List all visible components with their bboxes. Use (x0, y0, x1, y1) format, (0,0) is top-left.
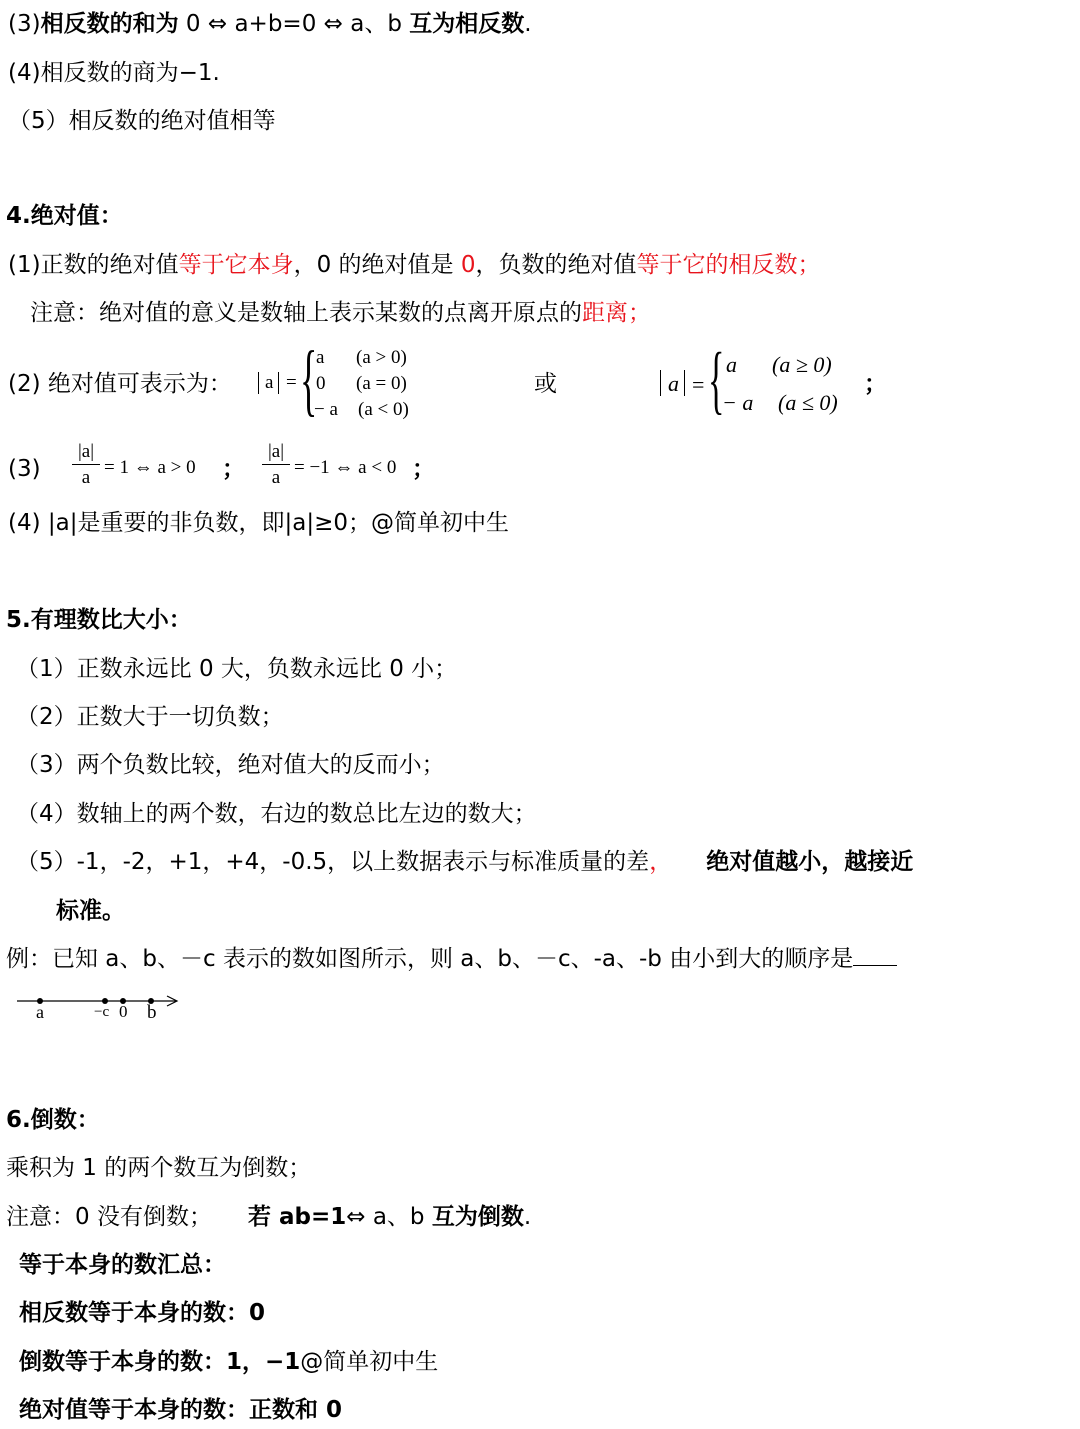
summary-heading: 等于本身的数汇总： (19, 1250, 226, 1280)
compare-item-2: （2）正数大于一切负数； (16, 702, 284, 732)
highlight-comma: ， (649, 849, 672, 875)
opposite-item-3: (3)相反数的和为 0 ⇔ a+b=0 ⇔ a、b 互为相反数. (8, 9, 532, 39)
summary-label: 倒数等于本身的数： (19, 1349, 226, 1375)
compare-item-4: （4）数轴上的两个数，右边的数总比左边的数大； (16, 799, 537, 829)
label-b: b (147, 1002, 157, 1024)
equals-sign: = (286, 372, 297, 394)
expression-text: = −1 ⇔ a < 0 (294, 457, 396, 479)
abs-bar-left (660, 370, 661, 396)
label-a: a (36, 1002, 44, 1023)
equation-text: a+b=0 (227, 11, 324, 37)
ab-text: a、b (343, 11, 409, 37)
iff-symbol: ⇔ (346, 1204, 365, 1230)
fraction-numerator: |a| (72, 440, 100, 465)
case-condition: (a = 0) (356, 373, 407, 395)
numerator-text: a (272, 441, 280, 462)
case-condition: (a ≥ 0) (772, 352, 832, 378)
summary-label: 绝对值等于本身的数： (19, 1397, 249, 1423)
end-semicolon: ； (412, 454, 435, 484)
label-zero: 0 (119, 1002, 128, 1022)
section-5-heading: 5.有理数比大小： (6, 605, 192, 635)
case-condition: (a > 0) (356, 347, 407, 369)
numerator-text: a (82, 441, 90, 462)
abs-item-3-label: (3) (8, 454, 41, 484)
case-value: − a (314, 399, 338, 421)
summary-label: 相反数等于本身的数： (19, 1300, 249, 1326)
case-condition: (a ≤ 0) (778, 390, 838, 416)
summary-value: 1，−1 (226, 1349, 300, 1375)
compare-item-5-continuation: 标准。 (56, 896, 125, 926)
abs-note: 注意：绝对值的意义是数轴上表示某数的点离开原点的距离； (30, 298, 651, 328)
example-question: 例：已知 a、b、－c 表示的数如图所示，则 a、b、－c、-a、-b 由小到大… (6, 944, 897, 974)
watermark-text: @简单初中生 (300, 1349, 438, 1375)
formula-lhs: a (668, 371, 679, 397)
section-6-heading: 6.倒数： (6, 1105, 100, 1135)
bold-text: 绝对值越小，越接近 (706, 849, 913, 875)
case-value: a (726, 352, 737, 378)
period: . (524, 1204, 531, 1230)
note-text: 注意：绝对值的意义是数轴上表示某数的点离开原点的 (30, 300, 582, 326)
iff-symbol: ⇔ (208, 11, 227, 37)
item-text: (1)正数的绝对值 (8, 252, 179, 278)
abs-formula-1: a = { a (a > 0) 0 (a = 0) − a (a < 0) (258, 344, 428, 428)
denominator-text: a (262, 465, 290, 491)
fraction: |a| a (262, 440, 290, 491)
label-neg-c: −c (94, 1004, 109, 1021)
or-text: 或 (534, 369, 557, 399)
item-text: （5）-1，-2，+1，+4，-0.5，以上数据表示与标准质量的差 (16, 849, 649, 875)
fraction: |a| a (72, 440, 100, 491)
semicolon: ； (864, 369, 887, 399)
ab-text: a、b (366, 1204, 432, 1230)
abs-item-4: (4) |a|是重要的非负数，即|a|≥0；@简单初中生 (8, 508, 509, 538)
item-text: ，负数的绝对值 (476, 252, 637, 278)
answer-blank[interactable] (853, 945, 897, 966)
case-value: a (316, 347, 324, 369)
compare-item-5: （5）-1，-2，+1，+4，-0.5，以上数据表示与标准质量的差，绝对值越小，… (16, 847, 913, 877)
denominator-text: a (72, 465, 100, 491)
highlight-text: 等于它本身 (179, 252, 294, 278)
section-4-heading: 4.绝对值： (6, 201, 123, 231)
bold-text: 互为倒数 (432, 1204, 524, 1230)
highlight-text: 距离； (582, 300, 651, 326)
summary-value: 正数和 0 (249, 1397, 342, 1423)
abs-formula-2: a = { a (a ≥ 0) − a (a ≤ 0) (660, 346, 860, 422)
summary-value: 0 (249, 1300, 265, 1326)
item-bold-text: 相反数的和为 (41, 11, 179, 37)
fraction-numerator: |a| (262, 440, 290, 465)
highlight-text: 0 (461, 252, 476, 278)
equals-sign: = (692, 372, 704, 398)
case-condition: (a < 0) (358, 399, 409, 421)
period: . (524, 11, 531, 37)
item-prefix: (3) (8, 11, 41, 37)
formula-lhs: a (265, 372, 273, 394)
summary-row-absolute: 绝对值等于本身的数：正数和 0 (19, 1395, 342, 1425)
note-text: 注意：0 没有倒数； (6, 1204, 212, 1230)
highlight-text: 等于它的相反数； (637, 252, 821, 278)
opposite-item-4: (4)相反数的商为−1. (8, 58, 220, 88)
reciprocal-definition: 乘积为 1 的两个数互为倒数； (6, 1153, 311, 1183)
reciprocal-note: 注意：0 没有倒数；若 ab=1⇔ a、b 互为倒数. (6, 1202, 531, 1232)
item-text: ，0 的绝对值是 (294, 252, 461, 278)
case-value: 0 (316, 373, 326, 395)
abs-item-2-label: (2) 绝对值可表示为： (8, 369, 232, 399)
expression-text: = 1 ⇔ a > 0 (104, 457, 196, 479)
separator: ； (222, 454, 245, 484)
iff-symbol: ⇔ (324, 11, 343, 37)
summary-row-reciprocal: 倒数等于本身的数：1，−1@简单初中生 (19, 1347, 438, 1377)
item-bold-tail: 互为相反数 (409, 11, 524, 37)
compare-item-1: （1）正数永远比 0 大，负数永远比 0 小； (16, 654, 457, 684)
abs-bar-left (258, 372, 259, 394)
compare-item-3: （3）两个负数比较，绝对值大的反而小； (16, 750, 445, 780)
bold-text: 若 ab=1 (248, 1204, 346, 1230)
opposite-item-5: （5）相反数的绝对值相等 (8, 106, 276, 136)
case-value: − a (722, 390, 753, 416)
example-text: 例：已知 a、b、－c 表示的数如图所示，则 a、b、－c、-a、-b 由小到大… (6, 946, 853, 972)
abs-item-1: (1)正数的绝对值等于它本身，0 的绝对值是 0，负数的绝对值等于它的相反数； (8, 250, 821, 280)
zero-text: 0 (179, 11, 208, 37)
abs-bar-right (278, 372, 279, 394)
summary-row-opposite: 相反数等于本身的数：0 (19, 1298, 265, 1328)
abs-bar-right (684, 370, 685, 396)
